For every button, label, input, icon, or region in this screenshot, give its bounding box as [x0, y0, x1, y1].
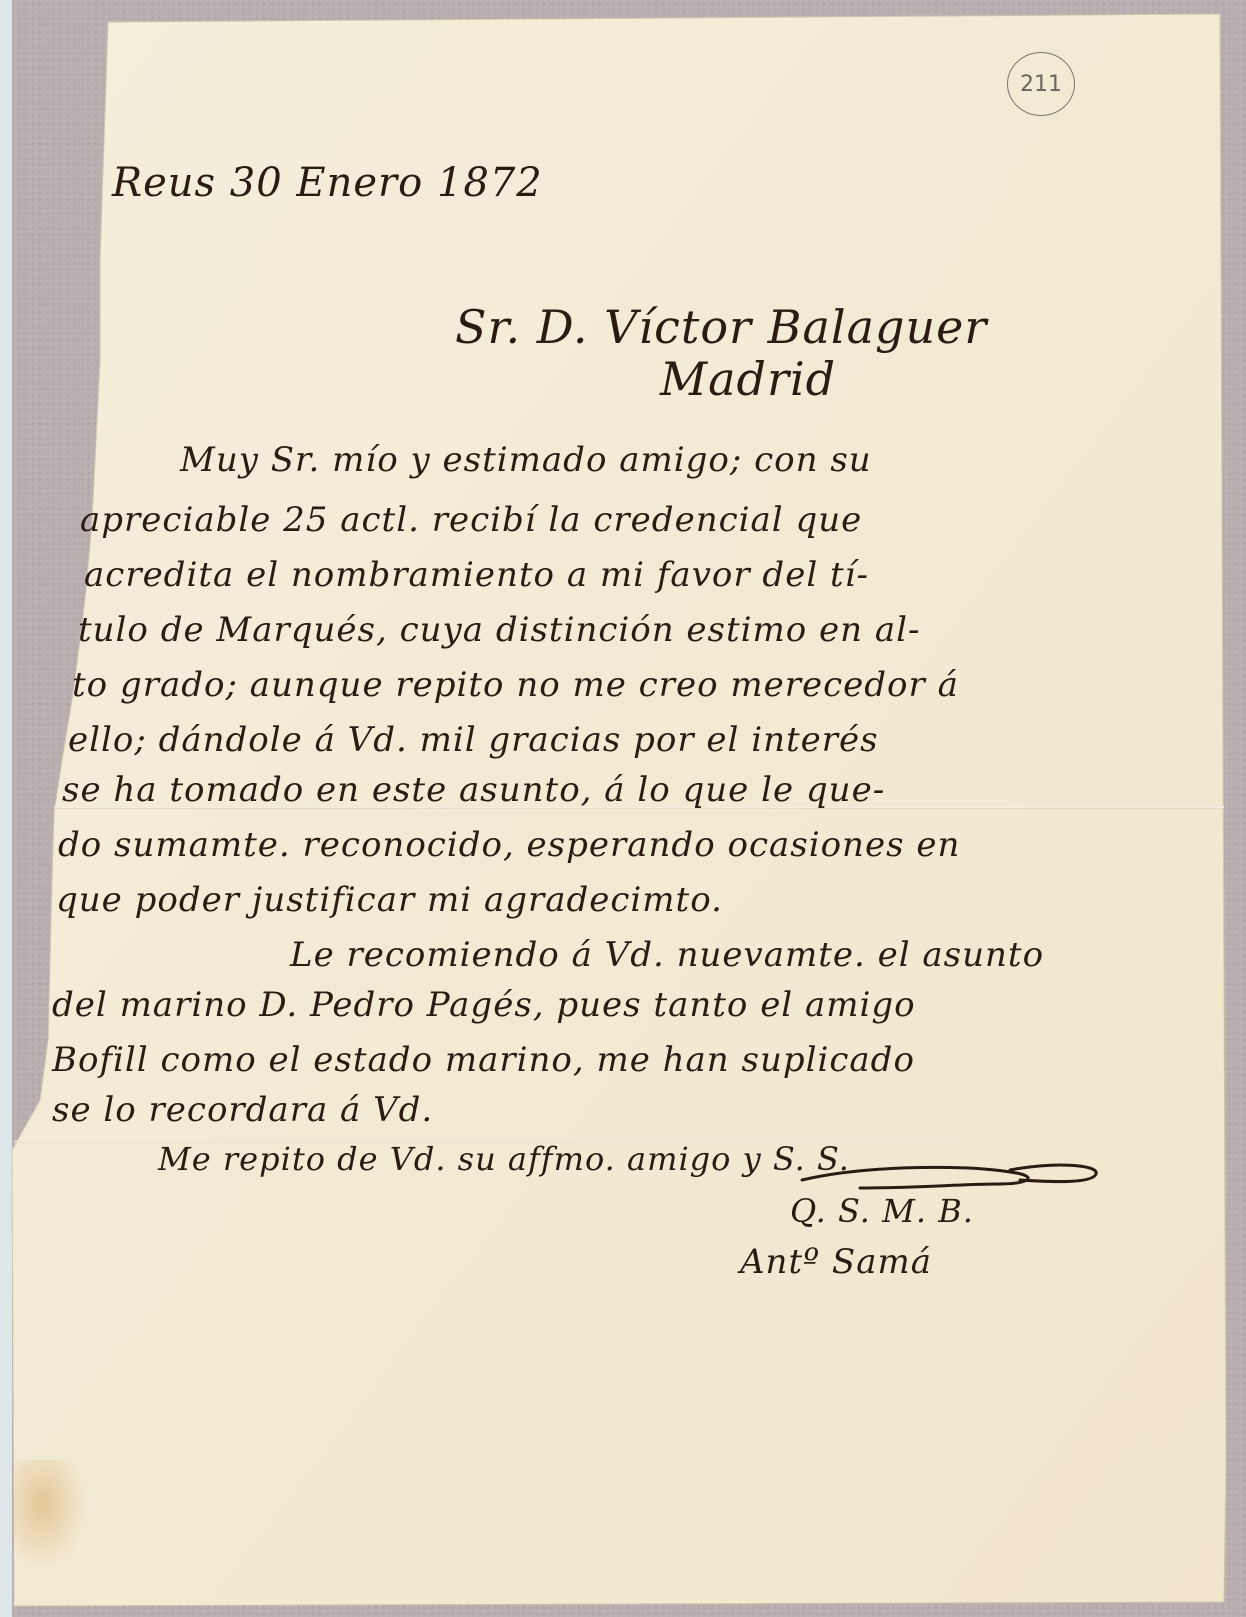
- body-line: apreciable 25 actl. recibí la credencial…: [80, 500, 862, 540]
- body-line: ello; dándole á Vd. mil gracias por el i…: [68, 720, 879, 760]
- body-line: se ha tomado en este asunto, á lo que le…: [62, 770, 885, 810]
- letter-sheet: 211 Reus 30 Enero 1872 Sr. D. Víctor Bal…: [0, 0, 1246, 1617]
- foxing-stain: [12, 1460, 87, 1570]
- signature-flourish: [800, 1158, 1110, 1198]
- body-line: del marino D. Pedro Pagés, pues tanto el…: [52, 985, 916, 1025]
- body-line: Bofill como el estado marino, me han sup…: [52, 1040, 915, 1080]
- dateline: Reus 30 Enero 1872: [112, 160, 543, 206]
- body-line: to grado; aunque repito no me creo merec…: [72, 665, 959, 705]
- body-line: Le recomiendo á Vd. nuevamte. el asunto: [290, 935, 1044, 975]
- recipient-name: Sr. D. Víctor Balaguer: [455, 300, 987, 354]
- body-line: Muy Sr. mío y estimado amigo; con su: [180, 440, 872, 480]
- signature: Antº Samá: [740, 1242, 932, 1282]
- body-line: acredita el nombramiento a mi favor del …: [84, 555, 869, 595]
- folio-number: 211: [1007, 52, 1075, 116]
- body-line: que poder justificar mi agradecimto.: [56, 880, 723, 920]
- recipient-city: Madrid: [660, 352, 836, 406]
- body-line: se lo recordara á Vd.: [52, 1090, 433, 1130]
- body-line: tulo de Marqués, cuya distinción estimo …: [78, 610, 921, 650]
- closing-formula: Me repito de Vd. su affmo. amigo y S. S.: [158, 1140, 850, 1178]
- body-line: do sumamte. reconocido, esperando ocasio…: [58, 825, 960, 865]
